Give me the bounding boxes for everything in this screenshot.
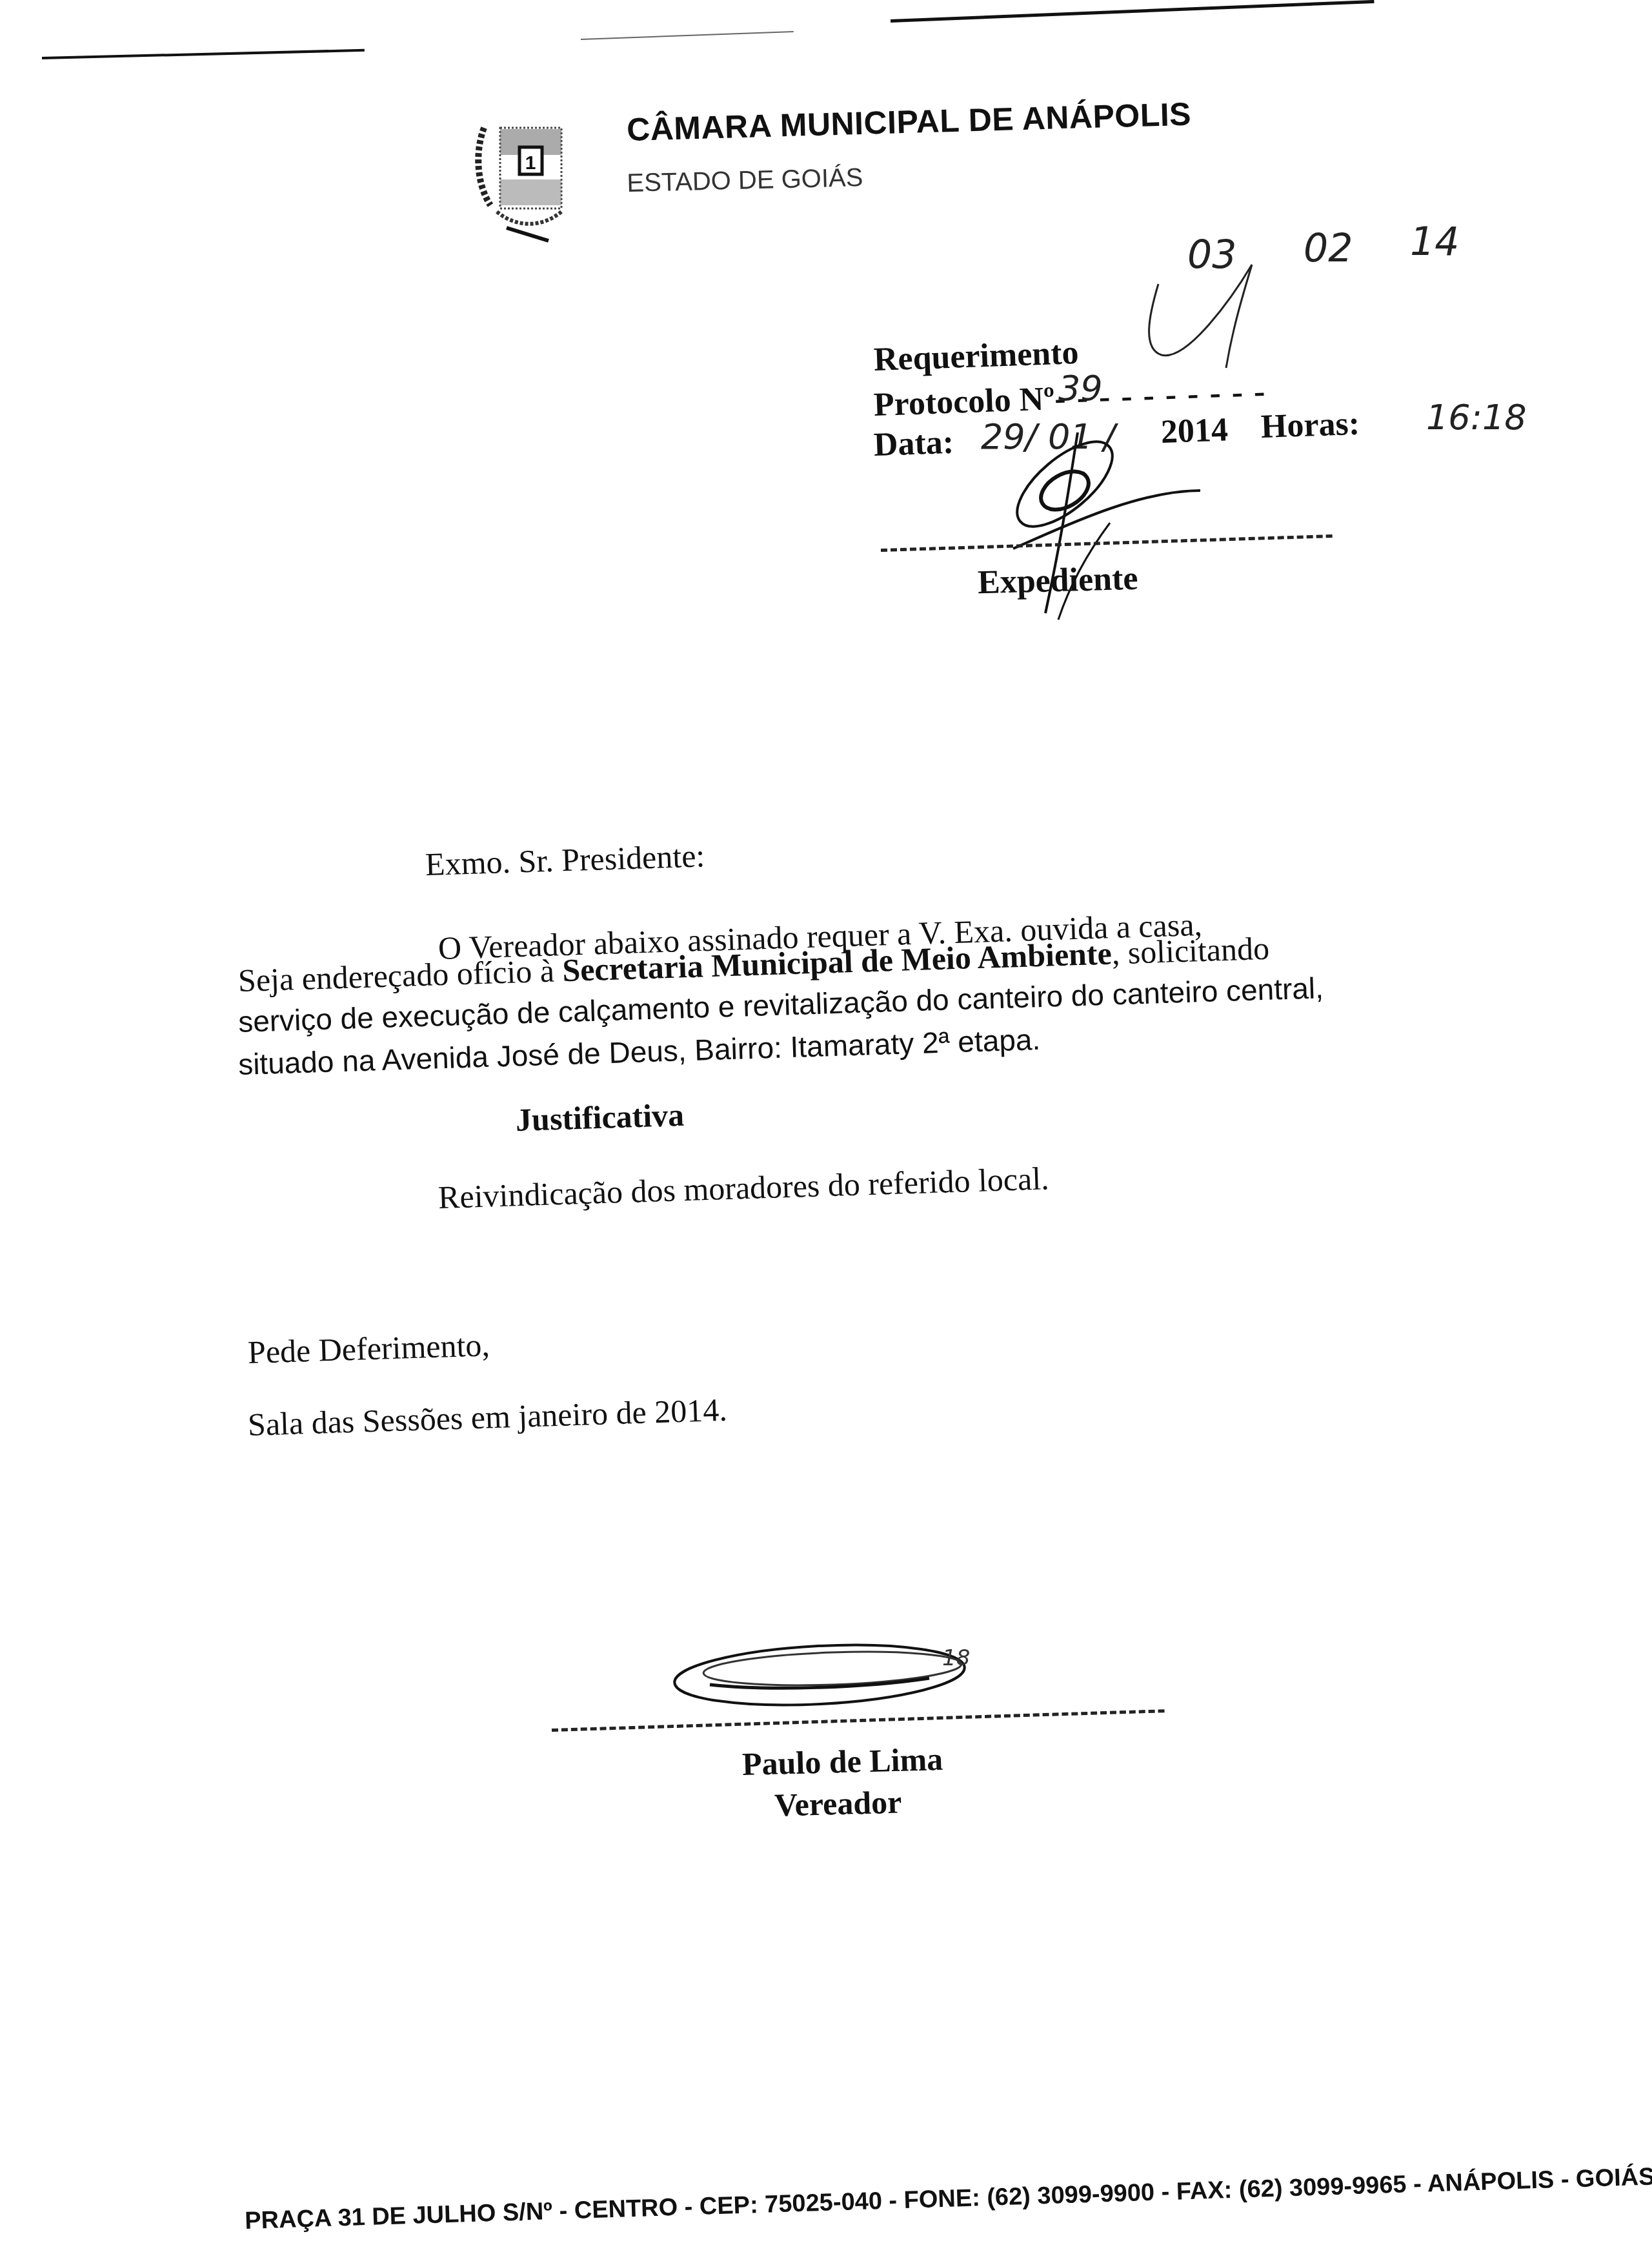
place-date: Sala das Sessões em janeiro de 2014. <box>247 1391 727 1443</box>
signer-role: Vereador <box>774 1783 902 1823</box>
footer-address: PRAÇA 31 DE JULHO S/Nº - CENTRO - CEP: 7… <box>245 2163 1652 2235</box>
department-label: Expediente <box>977 560 1138 602</box>
hours-label: Horas: <box>1260 405 1360 446</box>
received-month: 02 <box>1304 226 1353 271</box>
signer-name: Paulo de Lima <box>741 1740 943 1783</box>
recipient-suffix: , solicitando <box>1111 930 1270 971</box>
salutation: Exmo. Sr. Presidente: <box>425 837 705 883</box>
svg-text:1: 1 <box>525 152 536 174</box>
date-label: Data: <box>873 423 954 464</box>
municipal-coat-of-arms-icon: 1 <box>471 115 581 244</box>
justification-heading: Justificativa <box>515 1096 685 1139</box>
svg-text:18: 18 <box>942 1645 970 1671</box>
scan-artifact-line <box>581 31 794 40</box>
closing: Pede Deferimento, <box>247 1326 490 1371</box>
receipt-initials-signature <box>1136 258 1278 374</box>
protocol-number-value: 39 <box>1058 368 1103 409</box>
recipient-prefix: Seja endereçado ofício à <box>237 952 563 999</box>
justification-text: Reivindicação dos moradores do referido … <box>438 1159 1049 1216</box>
received-year: 14 <box>1410 219 1459 265</box>
councilor-signature: 18 <box>671 1639 1020 1717</box>
state-name: ESTADO DE GOIÁS <box>627 163 863 198</box>
request-type-label: Requerimento <box>873 334 1080 379</box>
scan-artifact-line <box>891 0 1375 23</box>
hours-value: 16:18 <box>1426 397 1527 438</box>
institution-name: CÂMARA MUNICIPAL DE ANÁPOLIS <box>626 96 1191 148</box>
scan-artifact-line <box>42 49 365 59</box>
